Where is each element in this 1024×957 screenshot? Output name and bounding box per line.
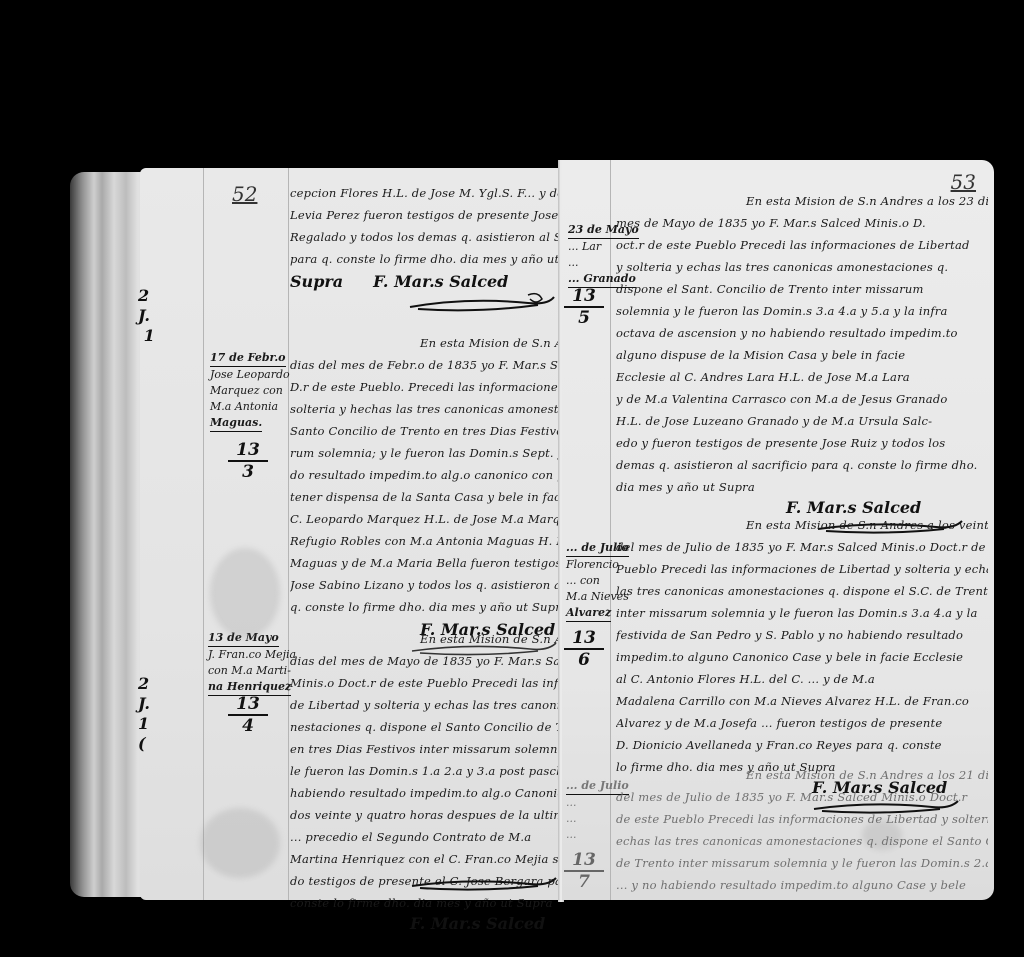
margin-name: con M.a Marti-	[208, 664, 291, 677]
supra-word: Supra	[290, 272, 343, 291]
text-line: mes de Mayo de 1835 yo F. Mar.s Salced M…	[616, 212, 988, 234]
register-book-spread: 2 J. 1 2 J. 1 ( 52 cepcion Flores H.L. d…	[62, 160, 1002, 905]
margin-name: ... con	[566, 574, 600, 587]
text-line: de Trento inter missarum solemnia y le f…	[616, 852, 988, 874]
text-line: de este Pueblo Precedi las informaciones…	[616, 808, 988, 830]
paper-stain	[862, 820, 902, 850]
text-line: Ecclesie al C. Andres Lara H.L. de Jose …	[616, 366, 988, 388]
entry-number: 13 4	[228, 694, 268, 736]
margin-name: M.a Antonia	[210, 400, 278, 413]
text-line: H.L. de Jose Luzeano Granado y de M.a Ur…	[616, 410, 988, 432]
left-page: 2 J. 1 2 J. 1 ( 52 cepcion Flores H.L. d…	[140, 168, 630, 900]
edge-marks-top: 2 J. 1	[138, 286, 155, 346]
page-number-left: 52	[232, 182, 257, 206]
margin-name: ...	[566, 812, 577, 825]
margin-name: J. Fran.co Mejia	[208, 648, 296, 661]
margin-name: Jose Leopardo	[210, 368, 290, 381]
text-line: dispone el Sant. Concilio de Trento inte…	[616, 278, 988, 300]
text-line: Madalena Carrillo con M.a Nieves Alvarez…	[616, 690, 988, 712]
margin-name: ... Lar	[568, 240, 601, 253]
text-line: Alvarez y de M.a Josefa ... fueron testi…	[616, 712, 988, 734]
text-line: En esta Mision de S.n Andres a los veint…	[616, 514, 988, 536]
text-line: En esta Mision de S.n Andres a los 21 di…	[616, 764, 988, 786]
text-line: solemnia y le fueron las Domin.s 3.a 4.a…	[616, 300, 988, 322]
text-line: echas las tres canonicas amonestaciones …	[616, 830, 988, 852]
entry-number: 13 6	[564, 628, 604, 670]
marriage-entry: En esta Mision de S.n Andres a los 23 di…	[616, 190, 988, 537]
signature-flourish-icon	[410, 874, 560, 894]
text-line: y de M.a Valentina Carrasco con M.a de J…	[616, 388, 988, 410]
edge-marks-bottom: 2 J. 1 (	[138, 674, 150, 754]
text-line: Pueblo Precedi las informaciones de Libe…	[616, 558, 988, 580]
margin-rule	[288, 168, 289, 900]
text-line: edo y fueron testigos de presente Jose R…	[616, 432, 988, 454]
text-line: festivida de San Pedro y S. Pablo y no h…	[616, 624, 988, 646]
margin-note: 13 de Mayo J. Fran.co Mejia con M.a Mart…	[208, 630, 296, 696]
text-line: demas q. asistieron al sacrificio para q…	[616, 454, 988, 476]
signature: F. Mar.s Salced	[410, 914, 626, 933]
page-edges	[70, 172, 150, 897]
text-line: D. Dionicio Avellaneda y Fran.co Reyes p…	[616, 734, 988, 756]
entry-number: 13 7	[564, 850, 604, 892]
margin-name: Marquez con	[210, 384, 283, 397]
text-line: al C. Antonio Flores H.L. del C. ... y d…	[616, 668, 988, 690]
text-line: alguno dispuse de la Mision Casa y bele …	[616, 344, 988, 366]
text-line: ... y no habiendo resultado impedim.to a…	[616, 874, 988, 896]
text-line: del mes de Julio de 1835 yo F. Mar.s Sal…	[616, 536, 988, 558]
text-line: del mes de Julio de 1835 yo F. Mar.s Sal…	[616, 786, 988, 808]
text-line: las tres canonicas amonestaciones q. dis…	[616, 580, 988, 602]
entry-number: 13 3	[228, 440, 268, 482]
margin-name: Alvarez	[566, 605, 611, 622]
text-line: y solteria y echas las tres canonicas am…	[616, 256, 988, 278]
right-page: 53 23 de Mayo ... Lar ... ... Granado 13…	[562, 160, 994, 900]
margin-note: 17 de Febr.o Jose Leopardo Marquez con M…	[210, 350, 290, 432]
text-line: impedim.to alguno Canonico Case y bele i…	[616, 646, 988, 668]
margin-name: Florencio	[566, 558, 619, 571]
signature-flourish-icon	[408, 291, 558, 315]
text-line: oct.r de este Pueblo Precedi las informa…	[616, 234, 988, 256]
text-line: inter missarum solemnia y le fueron las …	[616, 602, 988, 624]
margin-rule	[203, 168, 204, 900]
margin-date: 17 de Febr.o	[210, 350, 286, 367]
text-line: octava de ascension y no habiendo result…	[616, 322, 988, 344]
signature: F. Mar.s Salced	[373, 272, 508, 291]
margin-name: ...	[566, 828, 577, 841]
marriage-entry: En esta Mision de S.n Andres a los 21 di…	[616, 764, 988, 896]
margin-name: ...	[568, 256, 579, 269]
margin-name: Maguas.	[210, 415, 262, 432]
paper-stain	[200, 808, 280, 878]
margin-name: ...	[566, 796, 577, 809]
entry-number: 13 5	[564, 286, 604, 328]
text-line: dia mes y año ut Supra	[616, 476, 988, 498]
text-line: En esta Mision de S.n Andres a los 23 di…	[616, 190, 988, 212]
paper-stain	[210, 548, 280, 638]
